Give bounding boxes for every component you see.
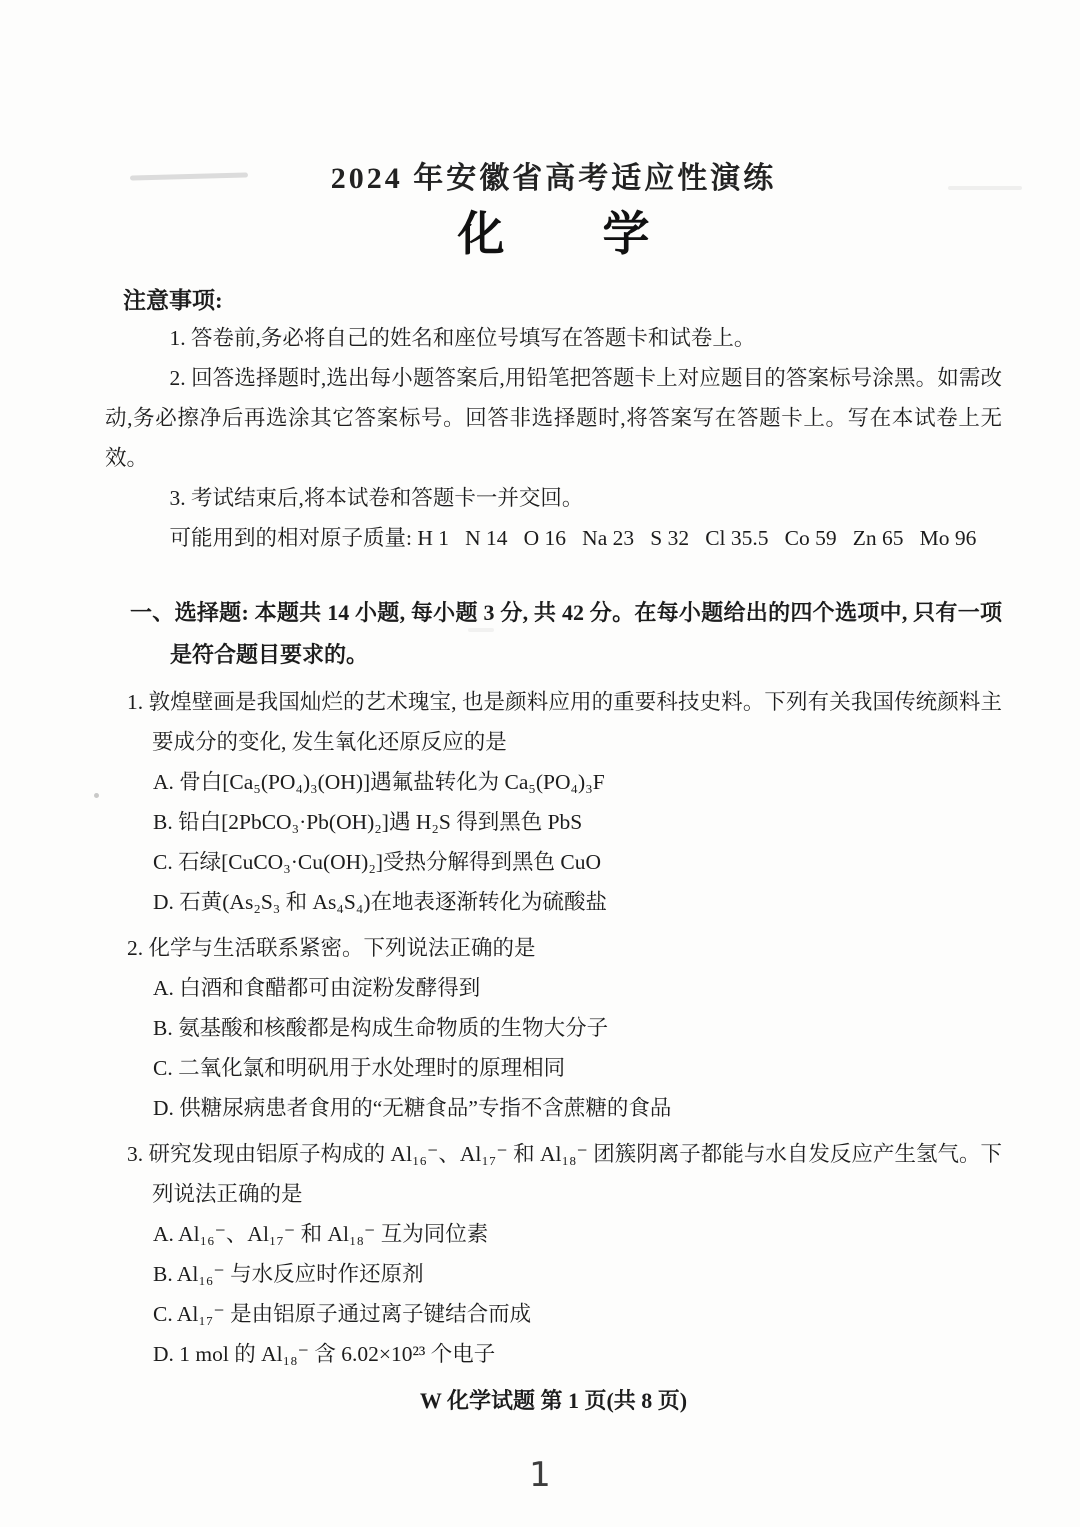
question-1: 1. 敦煌壁画是我国灿烂的艺术瑰宝, 也是颜料应用的重要科技史料。下列有关我国传… [105,682,1002,922]
exam-subject: 化 学 [105,208,1002,262]
page-content: 2024 年安徽省高考适应性演练 化 学 注意事项: 1. 答卷前,务必将自己的… [0,0,1080,1418]
option-b: B. 氨基酸和核酸都是构成生命物质的生物大分子 [153,1008,1002,1048]
option-d: D. 供糖尿病患者食用的“无糖食品”专指不含蔗糖的食品 [153,1088,1002,1128]
question-stem: 2. 化学与生活联系紧密。下列说法正确的是 [127,928,1002,968]
option-c: C. Al₁₇⁻ 是由铝原子通过离子键结合而成 [153,1294,1002,1334]
notice-item-1: 1. 答卷前,务必将自己的姓名和座位号填写在答题卡和试卷上。 [105,318,1002,358]
page-footer-label: W 化学试题 第 1 页(共 8 页) [105,1384,1002,1418]
option-a: A. 白酒和食醋都可由淀粉发酵得到 [153,968,1002,1008]
option-c: C. 石绿[CuCO₃·Cu(OH)₂]受热分解得到黑色 CuO [153,842,1002,882]
notice-heading: 注意事项: [123,284,1002,318]
exam-title: 2024 年安徽省高考适应性演练 [105,162,1002,196]
question-2: 2. 化学与生活联系紧密。下列说法正确的是 A. 白酒和食醋都可由淀粉发酵得到 … [105,928,1002,1128]
question-options: A. Al₁₆⁻、Al₁₇⁻ 和 Al₁₈⁻ 互为同位素 B. Al₁₆⁻ 与水… [153,1214,1002,1374]
question-3: 3. 研究发现由铝原子构成的 Al₁₆⁻、Al₁₇⁻ 和 Al₁₈⁻ 团簇阴离子… [105,1134,1002,1374]
subject-char-hua: 化 [458,208,505,262]
option-b: B. 铅白[2PbCO₃·Pb(OH)₂]遇 H₂S 得到黑色 PbS [153,802,1002,842]
option-a: A. Al₁₆⁻、Al₁₇⁻ 和 Al₁₈⁻ 互为同位素 [153,1214,1002,1254]
question-stem: 1. 敦煌壁画是我国灿烂的艺术瑰宝, 也是颜料应用的重要科技史料。下列有关我国传… [127,682,1002,762]
option-b: B. Al₁₆⁻ 与水反应时作还原剂 [153,1254,1002,1294]
question-options: A. 白酒和食醋都可由淀粉发酵得到 B. 氨基酸和核酸都是构成生命物质的生物大分… [153,968,1002,1128]
question-stem: 3. 研究发现由铝原子构成的 Al₁₆⁻、Al₁₇⁻ 和 Al₁₈⁻ 团簇阴离子… [127,1134,1002,1214]
option-a: A. 骨白[Ca₅(PO₄)₃(OH)]遇氟盐转化为 Ca₅(PO₄)₃F [153,762,1002,802]
option-d: D. 石黄(As₂S₃ 和 As₄S₄)在地表逐渐转化为硫酸盐 [153,882,1002,922]
notice-item-3: 3. 考试结束后,将本试卷和答题卡一并交回。 [105,478,1002,518]
question-options: A. 骨白[Ca₅(PO₄)₃(OH)]遇氟盐转化为 Ca₅(PO₄)₃F B.… [153,762,1002,922]
section-heading-multiple-choice: 一、选择题: 本题共 14 小题, 每小题 3 分, 共 42 分。在每小题给出… [130,592,1002,676]
subject-char-xue: 学 [603,208,650,262]
option-c: C. 二氧化氯和明矾用于水处理时的原理相同 [153,1048,1002,1088]
notice-item-2: 2. 回答选择题时,选出每小题答案后,用铅笔把答题卡上对应题目的答案标号涂黑。如… [105,358,1002,478]
viewer-page-number: 1 [0,1455,1080,1495]
option-d: D. 1 mol 的 Al₁₈⁻ 含 6.02×10²³ 个电子 [153,1334,1002,1374]
exam-paper-page: 2024 年安徽省高考适应性演练 化 学 注意事项: 1. 答卷前,务必将自己的… [0,0,1080,1527]
atomic-masses-line: 可能用到的相对原子质量: H 1 N 14 O 16 Na 23 S 32 Cl… [105,518,1002,558]
